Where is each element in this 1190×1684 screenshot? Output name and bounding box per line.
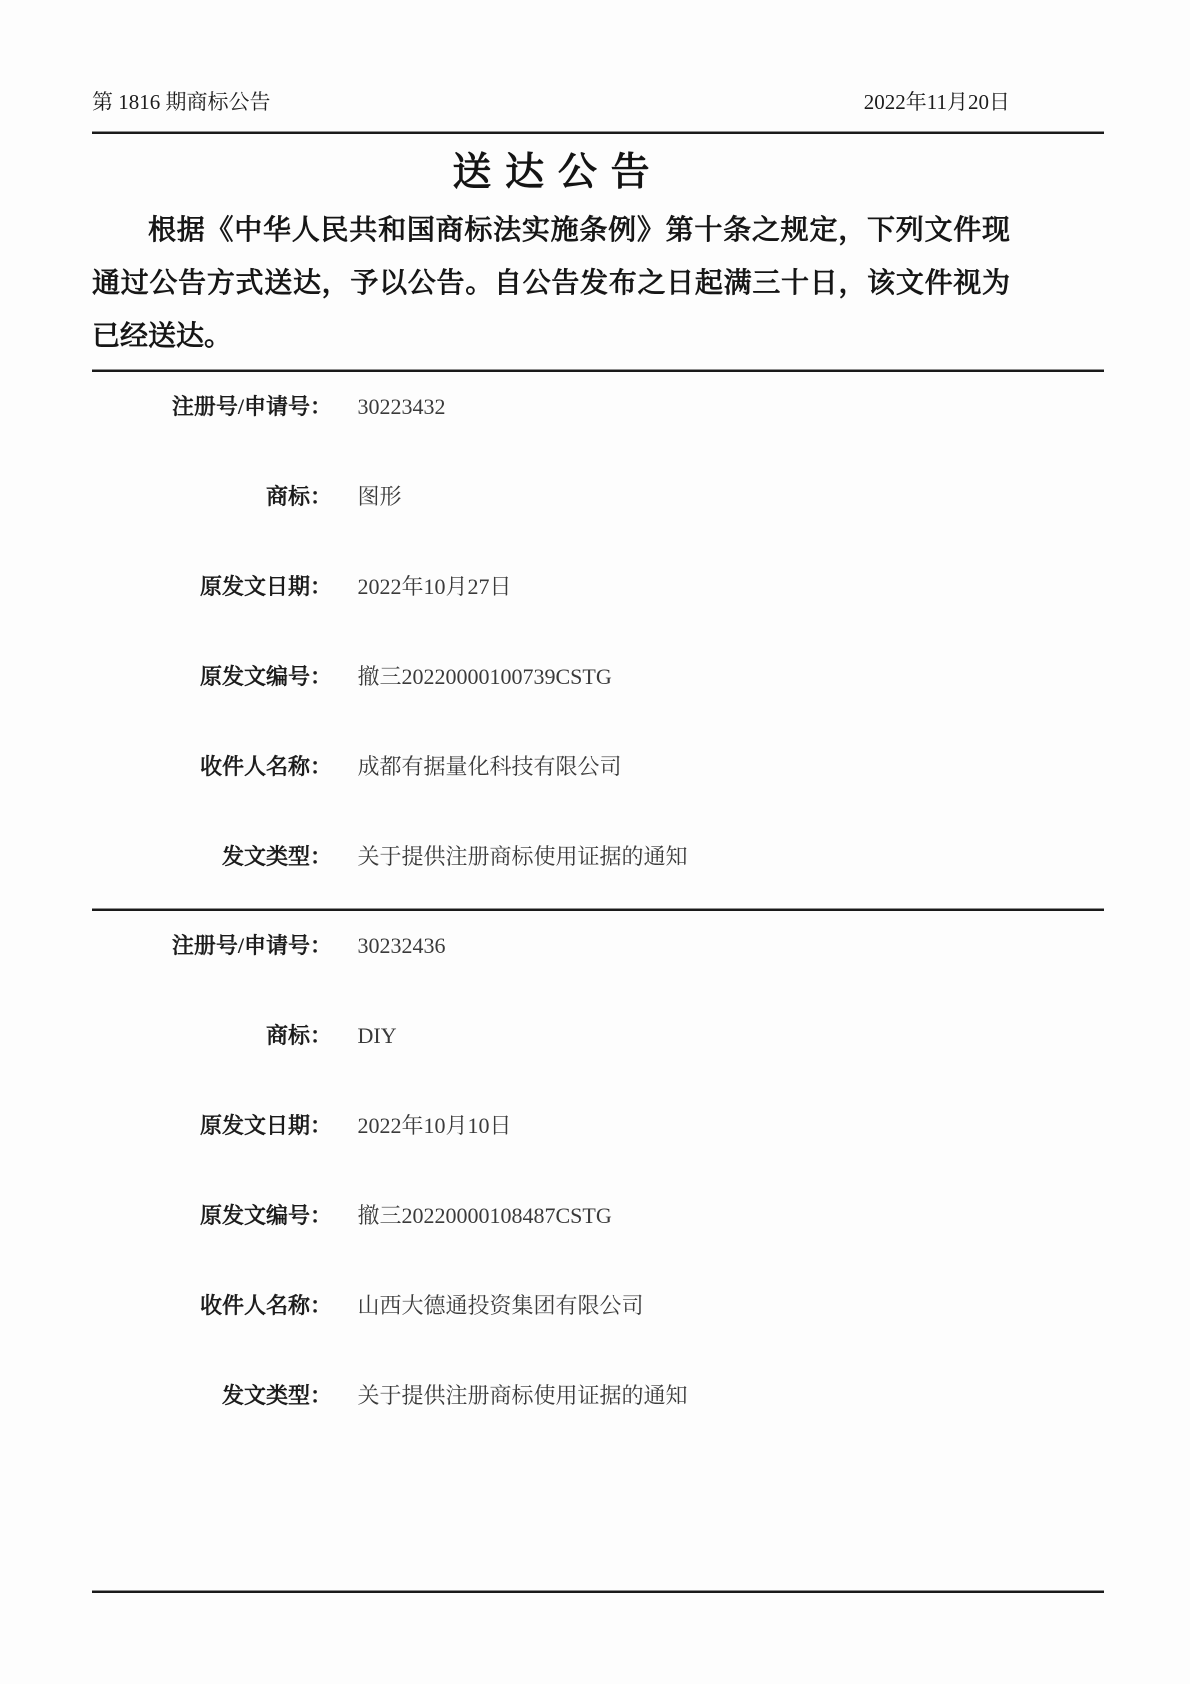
field-row: 发文类型： 关于提供注册商标使用证据的通知 — [92, 842, 1104, 872]
field-row: 商标： DIY — [92, 1021, 1104, 1051]
field-value: 成都有据量化科技有限公司 — [358, 754, 622, 779]
field-label: 原发文编号： — [92, 662, 332, 692]
bottom-rule — [92, 1590, 1104, 1593]
page-header: 第 1816 期商标公告 2022年11月20日 — [92, 88, 1104, 116]
field-row: 原发文编号： 撤三20220000100739CSTG — [92, 662, 1104, 692]
field-value: 关于提供注册商标使用证据的通知 — [358, 844, 688, 869]
header-rule — [92, 131, 1104, 134]
field-row: 注册号/申请号： 30232436 — [92, 931, 1104, 961]
record-divider — [92, 369, 1104, 372]
field-label: 注册号/申请号： — [92, 931, 332, 961]
field-row: 收件人名称： 山西大德通投资集团有限公司 — [92, 1291, 1104, 1321]
field-value: 山西大德通投资集团有限公司 — [358, 1293, 644, 1318]
field-row: 收件人名称： 成都有据量化科技有限公司 — [92, 752, 1104, 782]
field-label: 原发文编号： — [92, 1201, 332, 1231]
field-value: 撤三20220000100739CSTG — [358, 664, 612, 689]
notice-title: 送 达 公 告 — [92, 150, 1104, 196]
field-value: 撤三20220000108487CSTG — [358, 1203, 612, 1228]
record-fields: 注册号/申请号： 30223432 商标： 图形 原发文日期： 2022年10月… — [92, 392, 1104, 872]
field-label: 商标： — [92, 1021, 332, 1051]
field-label: 发文类型： — [92, 842, 332, 872]
field-label: 原发文日期： — [92, 572, 332, 602]
field-row: 原发文日期： 2022年10月27日 — [92, 572, 1104, 602]
field-row: 注册号/申请号： 30223432 — [92, 392, 1104, 422]
record: 注册号/申请号： 30232436 商标： DIY 原发文日期： 2022年10… — [92, 908, 1104, 1447]
field-row: 发文类型： 关于提供注册商标使用证据的通知 — [92, 1381, 1104, 1411]
field-label: 发文类型： — [92, 1381, 332, 1411]
field-value: 2022年10月27日 — [358, 574, 512, 599]
field-row: 商标： 图形 — [92, 482, 1104, 512]
record: 注册号/申请号： 30223432 商标： 图形 原发文日期： 2022年10月… — [92, 369, 1104, 908]
field-label: 原发文日期： — [92, 1111, 332, 1141]
field-label: 收件人名称： — [92, 1291, 332, 1321]
field-value: 30223432 — [358, 394, 446, 419]
field-row: 原发文编号： 撤三20220000108487CSTG — [92, 1201, 1104, 1231]
records-list: 注册号/申请号： 30223432 商标： 图形 原发文日期： 2022年10月… — [92, 369, 1104, 1447]
gazette-page: 第 1816 期商标公告 2022年11月20日 送 达 公 告 根据《中华人民… — [0, 0, 1190, 1684]
gazette-issue-label: 第 1816 期商标公告 — [92, 88, 271, 116]
field-label: 注册号/申请号： — [92, 392, 332, 422]
field-value: 关于提供注册商标使用证据的通知 — [358, 1383, 688, 1408]
gazette-date: 2022年11月20日 — [864, 88, 1010, 116]
intro-paragraph: 根据《中华人民共和国商标法实施条例》第十条之规定，下列文件现通过公告方式送达，予… — [92, 204, 1104, 363]
record-divider — [92, 908, 1104, 911]
field-label: 商标： — [92, 482, 332, 512]
field-value: 2022年10月10日 — [358, 1113, 512, 1138]
field-value: 30232436 — [358, 933, 446, 958]
field-value: 图形 — [358, 484, 402, 509]
field-row: 原发文日期： 2022年10月10日 — [92, 1111, 1104, 1141]
field-value: DIY — [358, 1023, 397, 1048]
field-label: 收件人名称： — [92, 752, 332, 782]
record-fields: 注册号/申请号： 30232436 商标： DIY 原发文日期： 2022年10… — [92, 931, 1104, 1411]
